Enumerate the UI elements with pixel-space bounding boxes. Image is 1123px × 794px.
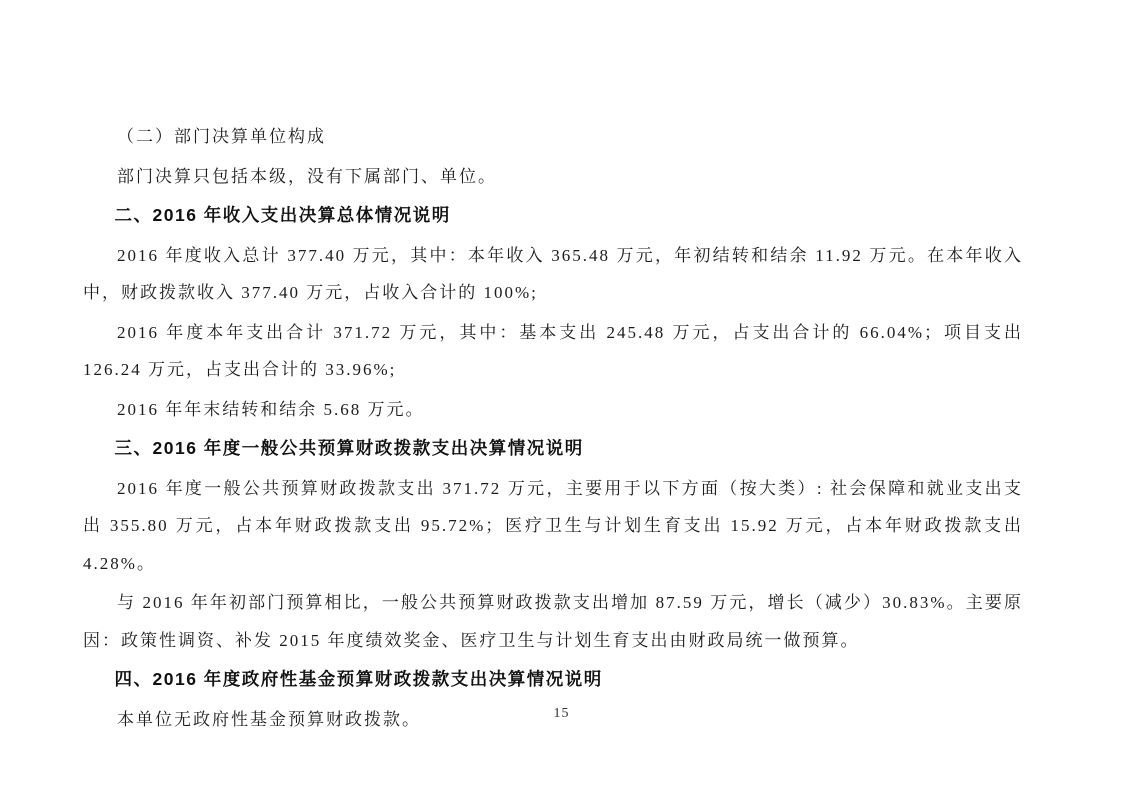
paragraph-public-budget-breakdown: 2016 年度一般公共预算财政拨款支出 371.72 万元，主要用于以下方面（按… — [83, 470, 1023, 583]
page-number: 15 — [0, 706, 1123, 722]
paragraph-total-expenditure: 2016 年度本年支出合计 371.72 万元，其中：基本支出 245.48 万… — [83, 314, 1023, 389]
paragraph-year-end-carryover: 2016 年年末结转和结余 5.68 万元。 — [83, 391, 1023, 429]
document-page: （二）部门决算单位构成 部门决算只包括本级，没有下属部门、单位。 二、2016 … — [0, 0, 1123, 794]
section-heading-2-overall-revenue-expenditure: 二、2016 年收入支出决算总体情况说明 — [83, 197, 1023, 235]
document-body: （二）部门决算单位构成 部门决算只包括本级，没有下属部门、单位。 二、2016 … — [83, 116, 1023, 740]
section-heading-4-government-fund-budget: 四、2016 年度政府性基金预算财政拨款支出决算情况说明 — [83, 661, 1023, 699]
paragraph-budget-comparison: 与 2016 年年初部门预算相比，一般公共预算财政拨款支出增加 87.59 万元… — [83, 584, 1023, 659]
section-heading-3-public-budget-expenditure: 三、2016 年度一般公共预算财政拨款支出决算情况说明 — [83, 430, 1023, 468]
subsection-heading-unit-composition: （二）部门决算单位构成 — [83, 118, 1023, 156]
paragraph-unit-composition: 部门决算只包括本级，没有下属部门、单位。 — [83, 158, 1023, 196]
paragraph-total-revenue: 2016 年度收入总计 377.40 万元，其中：本年收入 365.48 万元，… — [83, 237, 1023, 312]
